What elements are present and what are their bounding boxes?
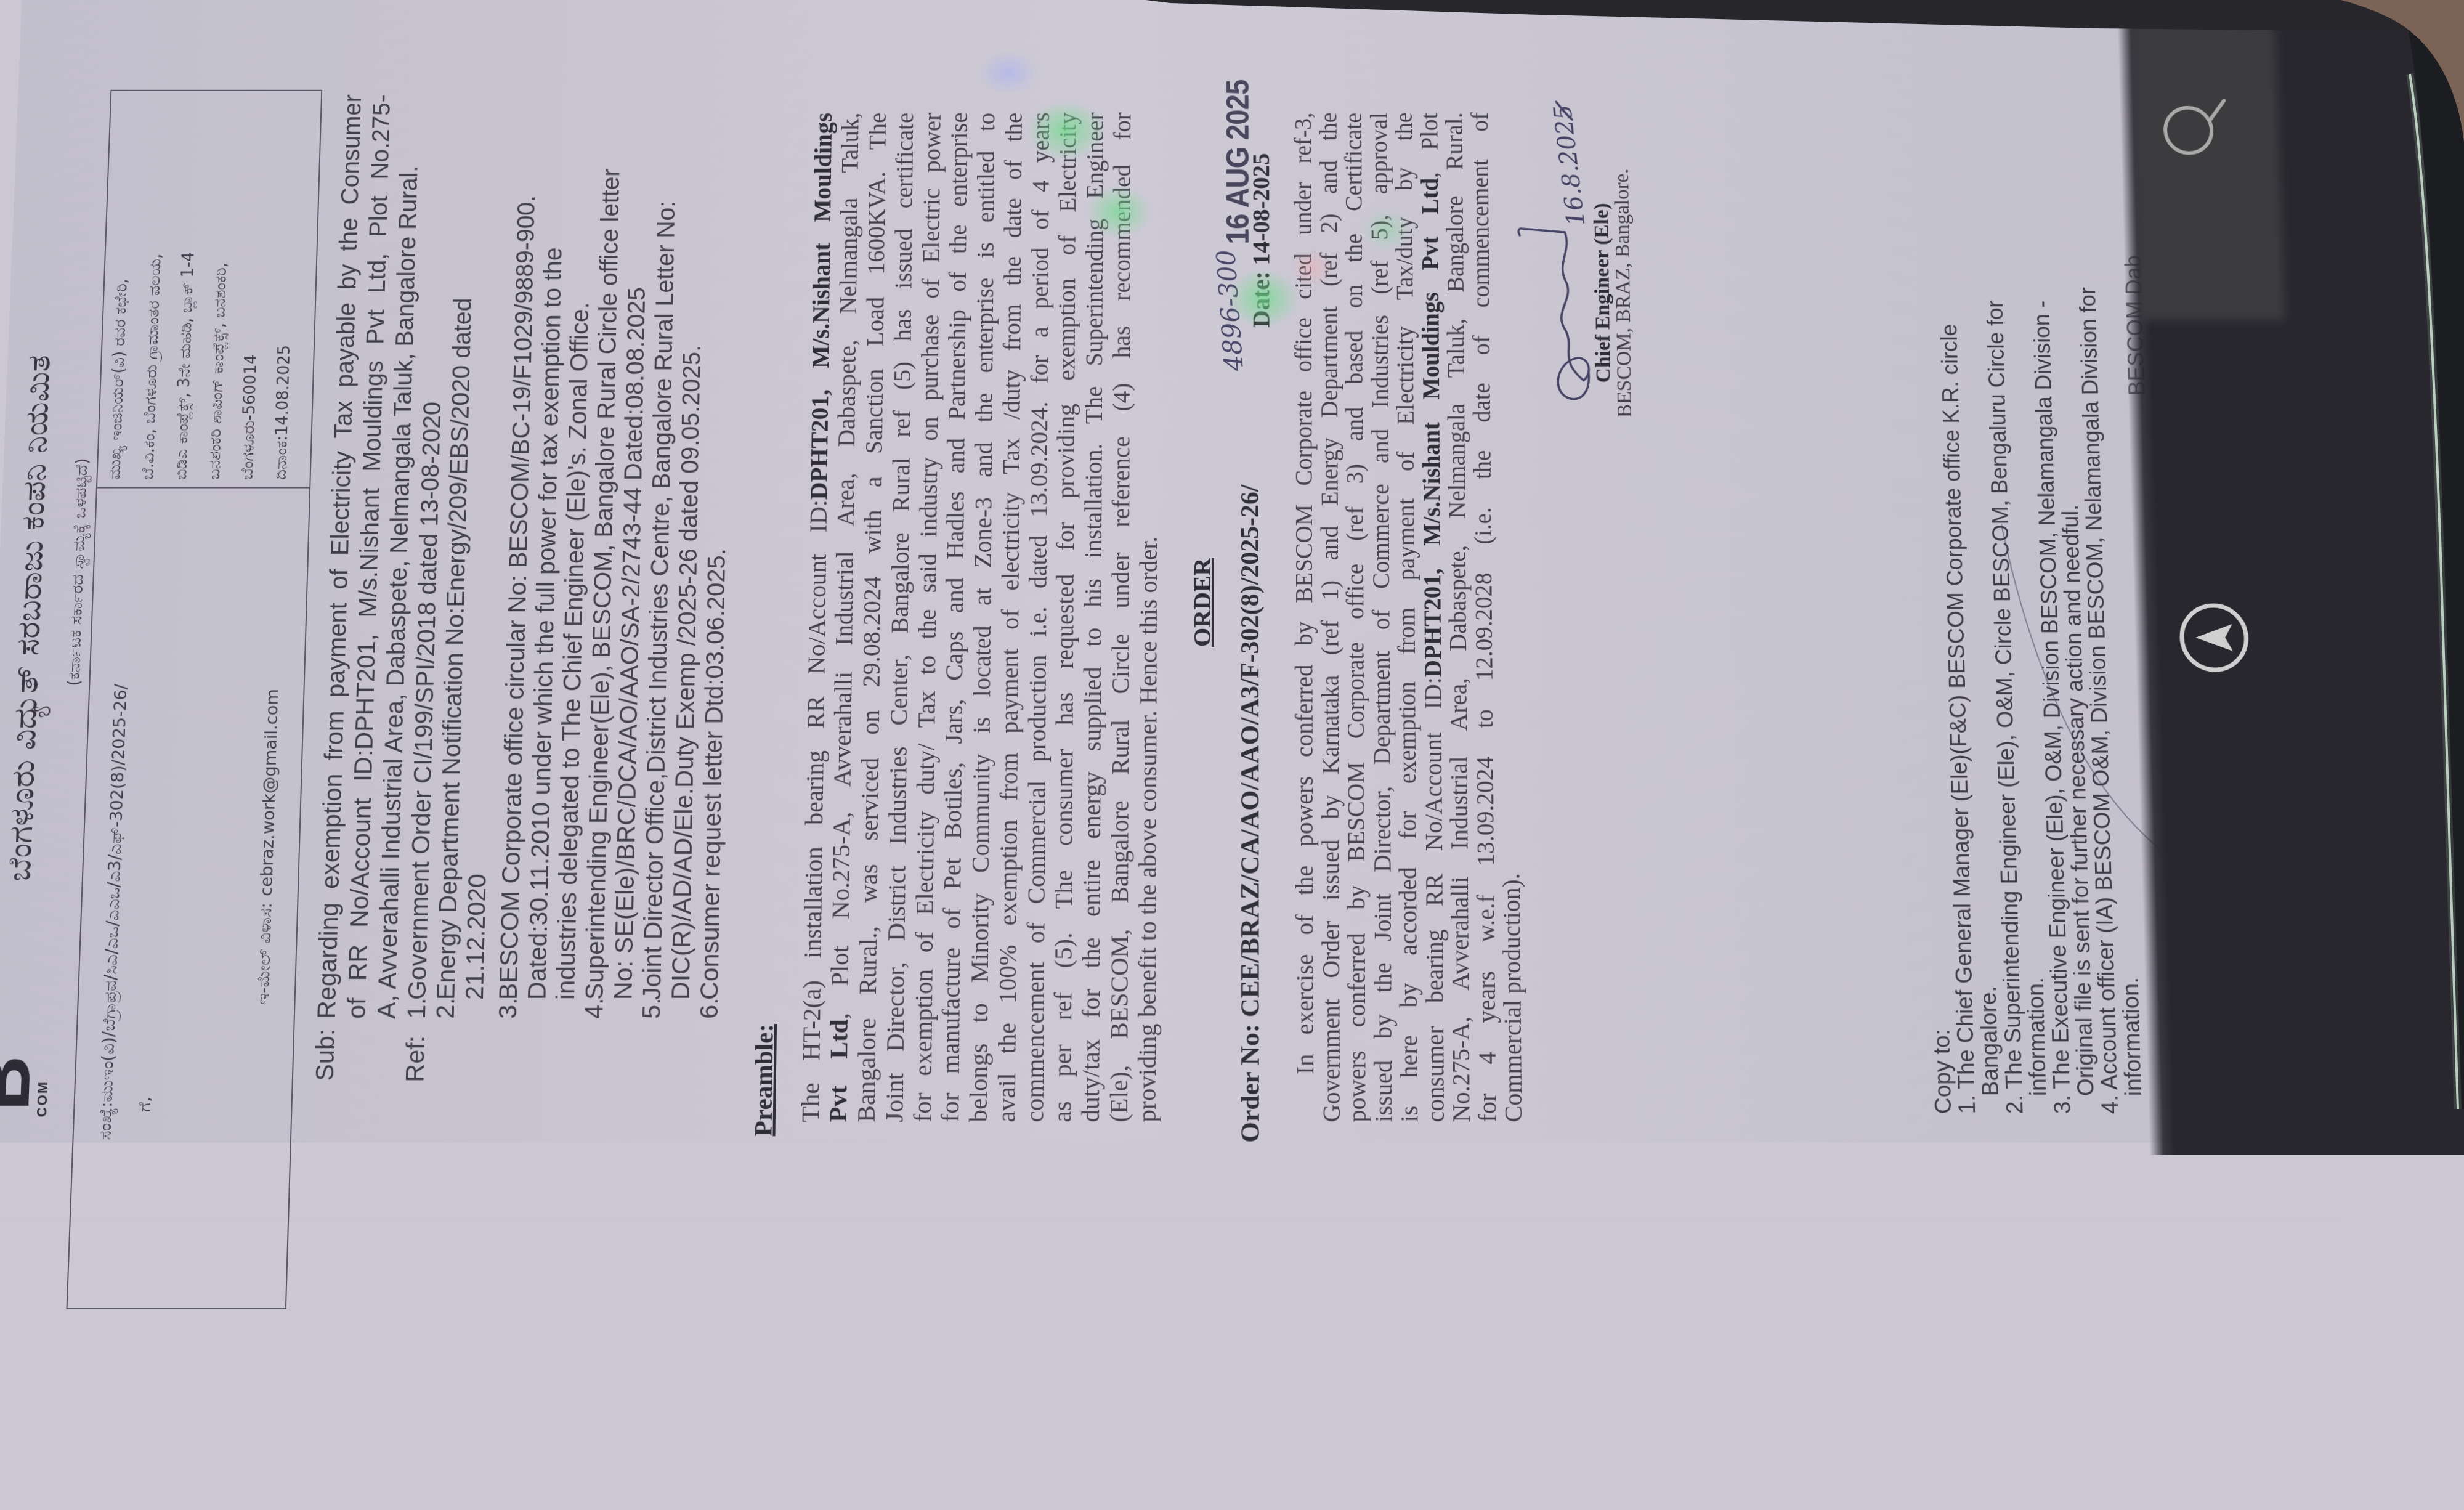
- search-button-background: [2133, 0, 2285, 320]
- address-line-text: ಬೆಂಗಳೂರು-560014: [231, 354, 268, 479]
- preamble-line-text: duty/tax for the entire energy supplied …: [1077, 112, 1109, 1109]
- reference-number: 1.: [402, 1000, 431, 1019]
- logo-wordmark: COM: [34, 1081, 51, 1109]
- order-number-line: Order No: CEE/BRAZ/CA/AO/AAO/A3/F-302(8)…: [1236, 485, 1265, 1109]
- order-date-label: Date:: [1247, 271, 1275, 327]
- company-name: ಬೆಂಗಳೂರು ವಿದ್ಯುತ್ ಸರಬರಾಜು ಕಂಪನಿ ನಿಯಮಿತ: [0, 221, 69, 1022]
- preamble-line: providing benefit to the above consumer.…: [1133, 113, 1164, 1109]
- reference-number: 2.: [431, 1000, 489, 1019]
- preamble-line: (Ele), BESCOM, Bangalore Rural Circle un…: [1105, 113, 1137, 1109]
- order-line-text: Commercial production).: [1499, 873, 1528, 1109]
- handwritten-dispatch-number: 4896-300: [1210, 249, 1249, 372]
- phone-screen: B COM ಬೆಂಗಳೂರು ವಿದ್ಯುತ್ ಸರಬರಾಜು ಕಂಪನಿ ನಿ…: [0, 11, 2464, 1109]
- order-date-value: 14-08-2025: [1247, 153, 1275, 266]
- preamble-line-text: (Ele), BESCOM, Bangalore Rural Circle un…: [1105, 112, 1137, 1109]
- preamble-heading: Preamble:: [748, 1024, 780, 1109]
- reference-line-text: 21.12.2020: [460, 874, 492, 999]
- preamble-text: The HT-2(a) installation bearing RR No/A…: [796, 113, 1164, 1109]
- order-line: In exercise of the powers conferred by B…: [1291, 113, 1319, 1109]
- signatory-office: BESCOM, BRAZ, Bangalore.: [1611, 113, 1636, 475]
- email-address: cebraz.work@gmail.com: [257, 689, 283, 896]
- order-line-text: In exercise of the powers conferred by B…: [1291, 112, 1319, 1074]
- text-segment: consumer bearing RR No/Account ID:: [1420, 677, 1449, 1109]
- reference-number: 6.: [695, 1000, 724, 1019]
- text-segment: , Plot: [1416, 113, 1443, 178]
- references-list: 1. Government Order CI/199/SPI/2018 date…: [402, 94, 739, 1018]
- signatory-block: Chief Engineer (Ele) BESCOM, BRAZ, Banga…: [1591, 113, 1637, 475]
- bold-text: Pvt Ltd: [824, 1020, 854, 1109]
- document-page: B COM ಬೆಂಗಳೂರು ವಿದ್ಯುತ್ ಸರಬರಾಜು ಕಂಪನಿ ನಿ…: [0, 11, 2235, 1109]
- email-label: ಇ-ಮೇಲ್ ವಿಳಾಸ:: [253, 903, 275, 1004]
- to-label: ಗೆ,: [134, 1097, 156, 1109]
- bold-text: DPHT201, M/s.Nishant Mouldings Pvt Ltd: [1417, 178, 1446, 677]
- order-text: In exercise of the powers conferred by B…: [1291, 113, 1527, 1109]
- copy-to-heading: Copy to:: [1930, 1029, 1956, 1109]
- reference-number: 3.: [493, 1000, 580, 1019]
- bescom-logo: B COM: [0, 1041, 56, 1109]
- reference-number: 5.: [638, 1000, 695, 1019]
- subject-label: Sub:: [310, 1029, 341, 1081]
- order-number-label: Order No:: [1236, 1024, 1265, 1109]
- reference-number: 4.: [580, 1000, 638, 1019]
- order-line-text: Government Order issued by Karnataka (re…: [1316, 112, 1345, 1109]
- order-date: Date:14-08-2025: [1248, 153, 1275, 328]
- references-label: Ref:: [401, 1036, 431, 1082]
- order-number: CEE/BRAZ/CA/AO/AAO/A3/F-302(8)/2025-26/: [1236, 485, 1265, 1017]
- preamble-line: duty/tax for the entire energy supplied …: [1077, 113, 1109, 1109]
- office-address: ಮುಖ್ಯ ಇಂಜಿನಿಯರ್(ವಿ) ರವರ ಕಛೇರಿ,ಬೆ.ವಿ.ಕಂ, …: [98, 94, 309, 480]
- preamble-line-text: providing benefit to the above consumer.…: [1133, 537, 1163, 1109]
- letterhead-table-divider: [96, 487, 310, 489]
- copy-to-line-text: information.: [2118, 977, 2146, 1096]
- copy-to-list: 1. The Chief General Manager (Ele)(F&C) …: [1932, 104, 2146, 1109]
- order-line: Government Order issued by Karnataka (re…: [1316, 113, 1345, 1109]
- address-line-text: ದಿನಾಂಕ:14.08.2025: [264, 345, 301, 480]
- order-heading: ORDER: [1188, 558, 1217, 647]
